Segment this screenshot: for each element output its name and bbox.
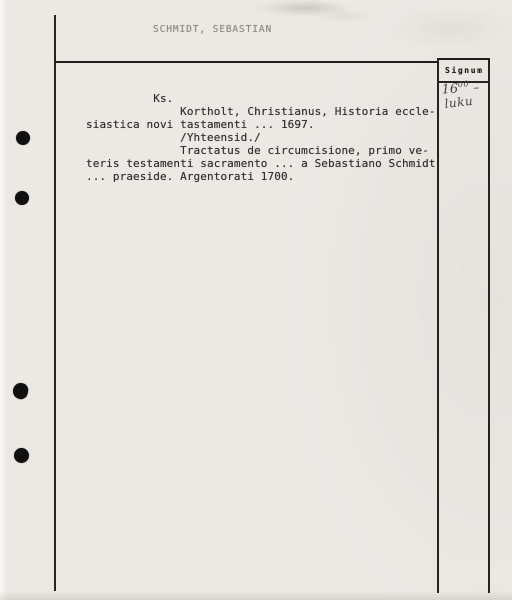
body-line: Tractatus de circumcisione, primo ve- [86, 144, 436, 157]
hole-punch [15, 191, 29, 205]
scan-edge-bottom [0, 591, 512, 600]
catalog-card-scan: SCHMIDT, SEBASTIAN Signum 1600 – luku Ks… [0, 0, 512, 600]
signum-column: Signum 1600 – luku [437, 58, 490, 593]
signum-note-line2: luku [444, 93, 481, 111]
body-line: ... praeside. Argentorati 1700. [86, 170, 436, 183]
signum-label: Signum [443, 66, 483, 75]
signum-note-superscript: 00 [458, 79, 470, 89]
hole-punch [11, 381, 29, 400]
signum-handwritten-note: 1600 – luku [441, 79, 481, 111]
body-line: Kortholt, Christianus, Historia eccle- [86, 105, 436, 118]
scan-smudge [266, 0, 352, 16]
left-margin-rule [54, 15, 56, 591]
scan-edge-left [0, 0, 7, 600]
hole-punch [16, 131, 30, 145]
body-line: siastica novi tastamenti ... 1697. [86, 118, 436, 131]
body-line: teris testamenti sacramento ... a Sebast… [86, 157, 436, 170]
body-line: /Yhteensid./ [86, 131, 436, 144]
hole-punch [14, 448, 29, 463]
card-top-rule [54, 61, 438, 63]
body-line: Ks. [86, 92, 436, 105]
card-heading: SCHMIDT, SEBASTIAN [153, 24, 272, 35]
catalog-entry-text: Ks. Kortholt, Christianus, Historia eccl… [86, 92, 436, 183]
